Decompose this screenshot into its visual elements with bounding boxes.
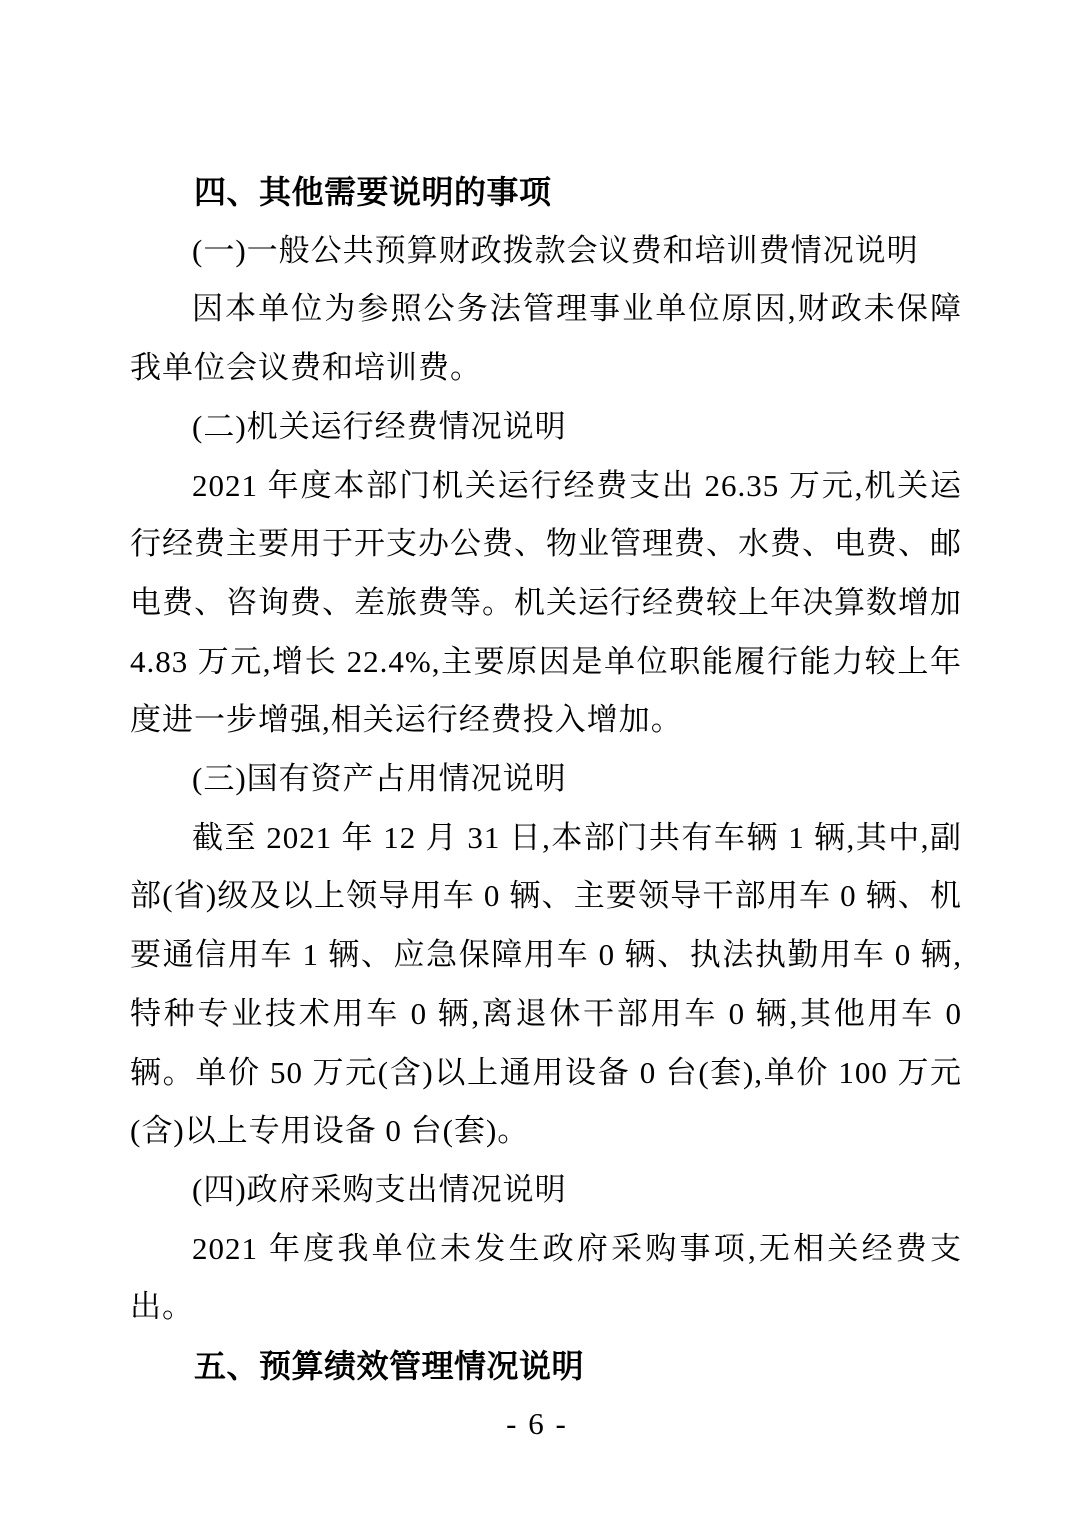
paragraph: 2021 年度我单位未发生政府采购事项,无相关经费支出。	[130, 1220, 962, 1337]
section-heading: 四、其他需要说明的事项	[130, 163, 962, 222]
document-blocks: 四、其他需要说明的事项(一)一般公共预算财政拨款会议费和培训费情况说明因本单位为…	[130, 163, 962, 1396]
page-number: - 6 -	[0, 1406, 1074, 1442]
subsection-heading: (二)机关运行经费情况说明	[130, 398, 962, 457]
subsection-heading: (四)政府采购支出情况说明	[130, 1161, 962, 1220]
section-heading: 五、预算绩效管理情况说明	[130, 1337, 962, 1396]
paragraph: 2021 年度本部门机关运行经费支出 26.35 万元,机关运行经费主要用于开支…	[130, 457, 962, 751]
subsection-heading: (三)国有资产占用情况说明	[130, 750, 962, 809]
document-page: 四、其他需要说明的事项(一)一般公共预算财政拨款会议费和培训费情况说明因本单位为…	[0, 0, 1074, 1520]
paragraph: 因本单位为参照公务法管理事业单位原因,财政未保障我单位会议费和培训费。	[130, 280, 962, 397]
paragraph: 截至 2021 年 12 月 31 日,本部门共有车辆 1 辆,其中,副部(省)…	[130, 809, 962, 1161]
subsection-heading: (一)一般公共预算财政拨款会议费和培训费情况说明	[130, 222, 962, 281]
